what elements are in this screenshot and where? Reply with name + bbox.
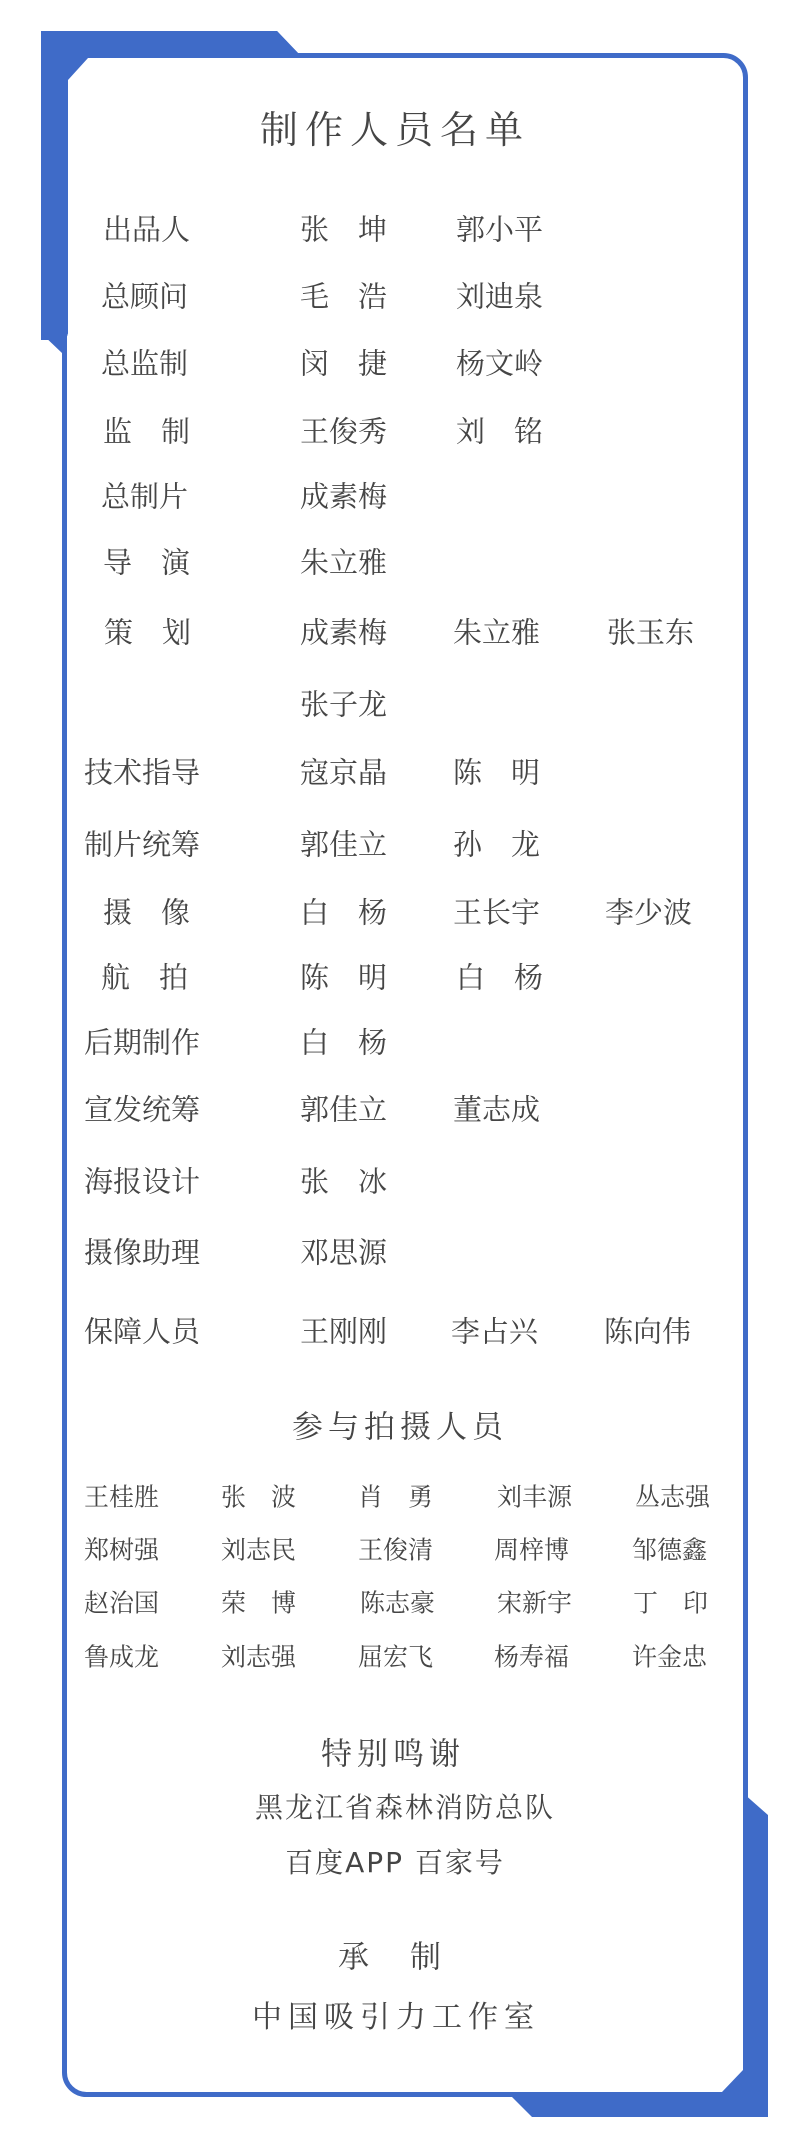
credit-name: 郭小平 — [456, 216, 543, 245]
credit-name: 朱立雅 — [300, 549, 387, 578]
credit-name: 朱立雅 — [453, 619, 540, 648]
participant-name: 赵治国 — [84, 1591, 159, 1616]
credit-role: 技术指导 — [84, 759, 200, 788]
participant-name: 刘丰源 — [497, 1485, 572, 1510]
credit-name: 刘迪泉 — [456, 283, 543, 312]
credit-name: 成素梅 — [300, 619, 387, 648]
special-thanks-line: 百度APP 百家号 — [285, 1849, 505, 1877]
credit-role: 导 演 — [103, 549, 190, 578]
credit-role: 总监制 — [101, 350, 188, 379]
participant-name: 王俊清 — [358, 1538, 433, 1563]
credit-role: 监 制 — [103, 418, 190, 447]
credit-name: 陈 明 — [453, 759, 540, 788]
participant-name: 刘志民 — [221, 1538, 296, 1563]
credit-name: 邓思源 — [300, 1239, 387, 1268]
participant-name: 荣 博 — [221, 1591, 296, 1616]
participant-name: 杨寿福 — [494, 1645, 569, 1670]
credit-role: 制片统筹 — [84, 831, 200, 860]
special-thanks-line: 黑龙江省森林消防总队 — [255, 1794, 555, 1822]
credit-name: 李少波 — [605, 899, 692, 928]
credit-name: 张 冰 — [300, 1168, 387, 1197]
credit-role: 保障人员 — [84, 1318, 200, 1347]
participant-name: 丁 印 — [633, 1591, 708, 1616]
credit-role: 策 划 — [104, 619, 191, 648]
credit-name: 白 杨 — [456, 964, 543, 993]
credit-name: 寇京晶 — [300, 759, 387, 788]
participant-name: 屈宏飞 — [358, 1645, 433, 1670]
special-thanks-heading: 特别鸣谢 — [321, 1740, 465, 1771]
credit-name: 王俊秀 — [300, 418, 387, 447]
credit-name: 张子龙 — [300, 691, 387, 720]
credit-name: 孙 龙 — [453, 831, 540, 860]
credit-name: 成素梅 — [300, 483, 387, 512]
participant-name: 刘志强 — [221, 1645, 296, 1670]
credit-name: 张 坤 — [300, 216, 387, 245]
credit-role: 总顾问 — [101, 283, 188, 312]
credit-role: 摄像助理 — [84, 1239, 200, 1268]
participant-name: 郑树强 — [84, 1538, 159, 1563]
participant-name: 宋新宇 — [497, 1591, 572, 1616]
credit-name: 白 杨 — [300, 1029, 387, 1058]
participants-heading: 参与拍摄人员 — [292, 1413, 508, 1444]
credit-name: 王刚刚 — [300, 1318, 387, 1347]
credit-name: 陈向伟 — [604, 1318, 691, 1347]
decorative-frame — [0, 0, 800, 2148]
participant-name: 王桂胜 — [84, 1485, 159, 1510]
producer-heading: 承 制 — [338, 1943, 446, 1974]
participant-name: 邹德鑫 — [632, 1538, 707, 1563]
credit-name: 董志成 — [453, 1096, 540, 1125]
credit-name: 张玉东 — [607, 619, 694, 648]
participant-name: 张 波 — [221, 1485, 296, 1510]
credit-role: 出品人 — [103, 216, 190, 245]
credit-name: 白 杨 — [300, 899, 387, 928]
participant-name: 鲁成龙 — [84, 1645, 159, 1670]
credit-name: 郭佳立 — [300, 831, 387, 860]
credit-name: 杨文岭 — [456, 350, 543, 379]
participant-name: 肖 勇 — [358, 1485, 433, 1510]
credit-role: 航 拍 — [101, 964, 188, 993]
credit-role: 摄 像 — [103, 899, 190, 928]
credit-name: 李占兴 — [451, 1318, 538, 1347]
credit-role: 总制片 — [101, 483, 188, 512]
credit-name: 毛 浩 — [300, 283, 387, 312]
credit-role: 后期制作 — [84, 1029, 200, 1058]
credit-role: 宣发统筹 — [84, 1096, 200, 1125]
participant-name: 周梓博 — [494, 1538, 569, 1563]
credit-name: 闵 捷 — [300, 350, 387, 379]
participant-name: 许金忠 — [632, 1645, 707, 1670]
participant-name: 陈志豪 — [360, 1591, 435, 1616]
credit-name: 刘 铭 — [456, 418, 543, 447]
credit-role: 海报设计 — [84, 1168, 200, 1197]
page-title: 制作人员名单 — [260, 111, 530, 149]
producer-name: 中国吸引力工作室 — [252, 2003, 540, 2033]
credit-name: 王长宇 — [453, 899, 540, 928]
credit-name: 陈 明 — [300, 964, 387, 993]
credit-name: 郭佳立 — [300, 1096, 387, 1125]
participant-name: 丛志强 — [635, 1485, 710, 1510]
